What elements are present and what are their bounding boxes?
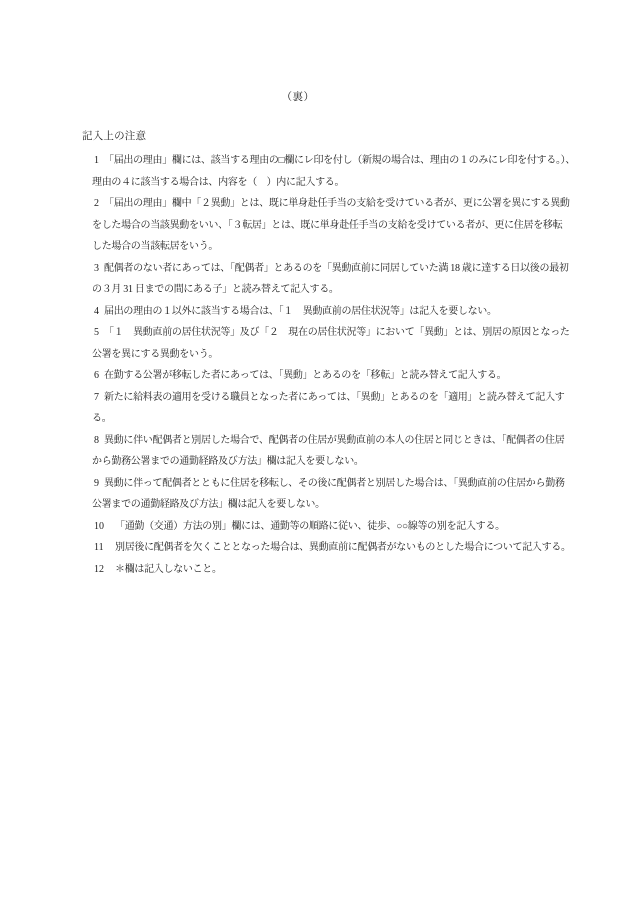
note-number: 12 [94,559,104,581]
note-item: 5 「１ 異動直前の居住状況等」及び「２ 現在の居住状況等」において「異動」とは… [82,322,582,365]
note-line: 「１ 異動直前の居住状況等」及び「２ 現在の居住状況等」において「異動」とは、別… [82,322,582,344]
note-item: 3 配偶者のない者にあっては、「配偶者」とあるのを「異動直前に同居していた満 1… [82,258,582,301]
note-item: 8 異動に伴い配偶者と別居した場合で、配偶者の住居が異動直前の本人の住居と同じと… [82,430,582,473]
note-number: 8 [94,430,99,452]
note-line: 「届出の理由」欄中「２異動」とは、既に単身赴任手当の支給を受けている者が、更に公… [82,193,582,215]
note-line: から勤務公署までの通勤経路及び方法」欄は記入を要しない。 [82,451,582,473]
note-item: 1 「届出の理由」欄には、該当する理由の□欄にレ印を付し（新規の場合は、理由の１… [82,150,582,193]
document-page: （裏） 記入上の注意 1 「届出の理由」欄には、該当する理由の□欄にレ印を付し（… [0,0,630,903]
note-number: 3 [94,258,99,280]
note-number: 10 [94,516,104,538]
note-line: 異動に伴い配偶者と別居した場合で、配偶者の住居が異動直前の本人の住居と同じときは… [82,430,582,452]
note-line: 新たに給料表の適用を受ける職員となった者にあっては、「異動」とあるのを「適用」と… [82,387,582,409]
note-line: 異動に伴って配偶者とともに住居を移転し、その後に配偶者と別居した場合は、「異動直… [82,473,582,495]
note-item: 7 新たに給料表の適用を受ける職員となった者にあっては、「異動」とあるのを「適用… [82,387,582,430]
note-line: 在勤する公署が移転した者にあっては、「異動」とあるのを「移転」と読み替えて記入す… [82,365,582,387]
note-line: ＊欄は記入しないこと。 [82,559,582,581]
section-title: 記入上の注意 [82,128,146,143]
note-line: の３月 31 日までの間にある子」と読み替えて記入する。 [82,279,582,301]
note-line: 「届出の理由」欄には、該当する理由の□欄にレ印を付し（新規の場合は、理由の１のみ… [82,150,582,172]
note-item: 10 「通勤（交通）方法の別」欄には、通勤等の順路に従い、徒歩、○○線等の別を記… [82,516,582,538]
note-item: 6 在勤する公署が移転した者にあっては、「異動」とあるのを「移転」と読み替えて記… [82,365,582,387]
note-line: 別居後に配偶者を欠くこととなった場合は、異動直前に配偶者がないものとした場合につ… [82,537,582,559]
note-number: 11 [94,537,104,559]
notes-list: 1 「届出の理由」欄には、該当する理由の□欄にレ印を付し（新規の場合は、理由の１… [82,150,582,580]
note-number: 9 [94,473,99,495]
note-number: 6 [94,365,99,387]
note-item: 12 ＊欄は記入しないこと。 [82,559,582,581]
note-line: 配偶者のない者にあっては、「配偶者」とあるのを「異動直前に同居していた満 18 … [82,258,582,280]
note-line: 理由の４に該当する場合は、内容を（ ）内に記入する。 [82,172,582,194]
note-item: 9 異動に伴って配偶者とともに住居を移転し、その後に配偶者と別居した場合は、「異… [82,473,582,516]
note-line: 公署を異にする異動をいう。 [82,344,582,366]
note-line: 届出の理由の１以外に該当する場合は、「１ 異動直前の居住状況等」は記入を要しない… [82,301,582,323]
note-item: 11 別居後に配偶者を欠くこととなった場合は、異動直前に配偶者がないものとした場… [82,537,582,559]
note-line: をした場合の当該異動をいい、「３転居」とは、既に単身赴任手当の支給を受けている者… [82,215,582,237]
note-line: る。 [82,408,582,430]
note-line: した場合の当該転居をいう。 [82,236,582,258]
note-number: 5 [94,322,99,344]
note-item: 2 「届出の理由」欄中「２異動」とは、既に単身赴任手当の支給を受けている者が、更… [82,193,582,258]
page-side-label: （裏） [0,89,613,104]
note-number: 4 [94,301,99,323]
note-number: 1 [94,150,99,172]
note-item: 4 届出の理由の１以外に該当する場合は、「１ 異動直前の居住状況等」は記入を要し… [82,301,582,323]
note-number: 2 [94,193,99,215]
note-number: 7 [94,387,99,409]
side-label-text: （裏） [282,92,315,103]
note-line: 「通勤（交通）方法の別」欄には、通勤等の順路に従い、徒歩、○○線等の別を記入する… [82,516,582,538]
note-line: 公署までの通勤経路及び方法」欄は記入を要しない。 [82,494,582,516]
